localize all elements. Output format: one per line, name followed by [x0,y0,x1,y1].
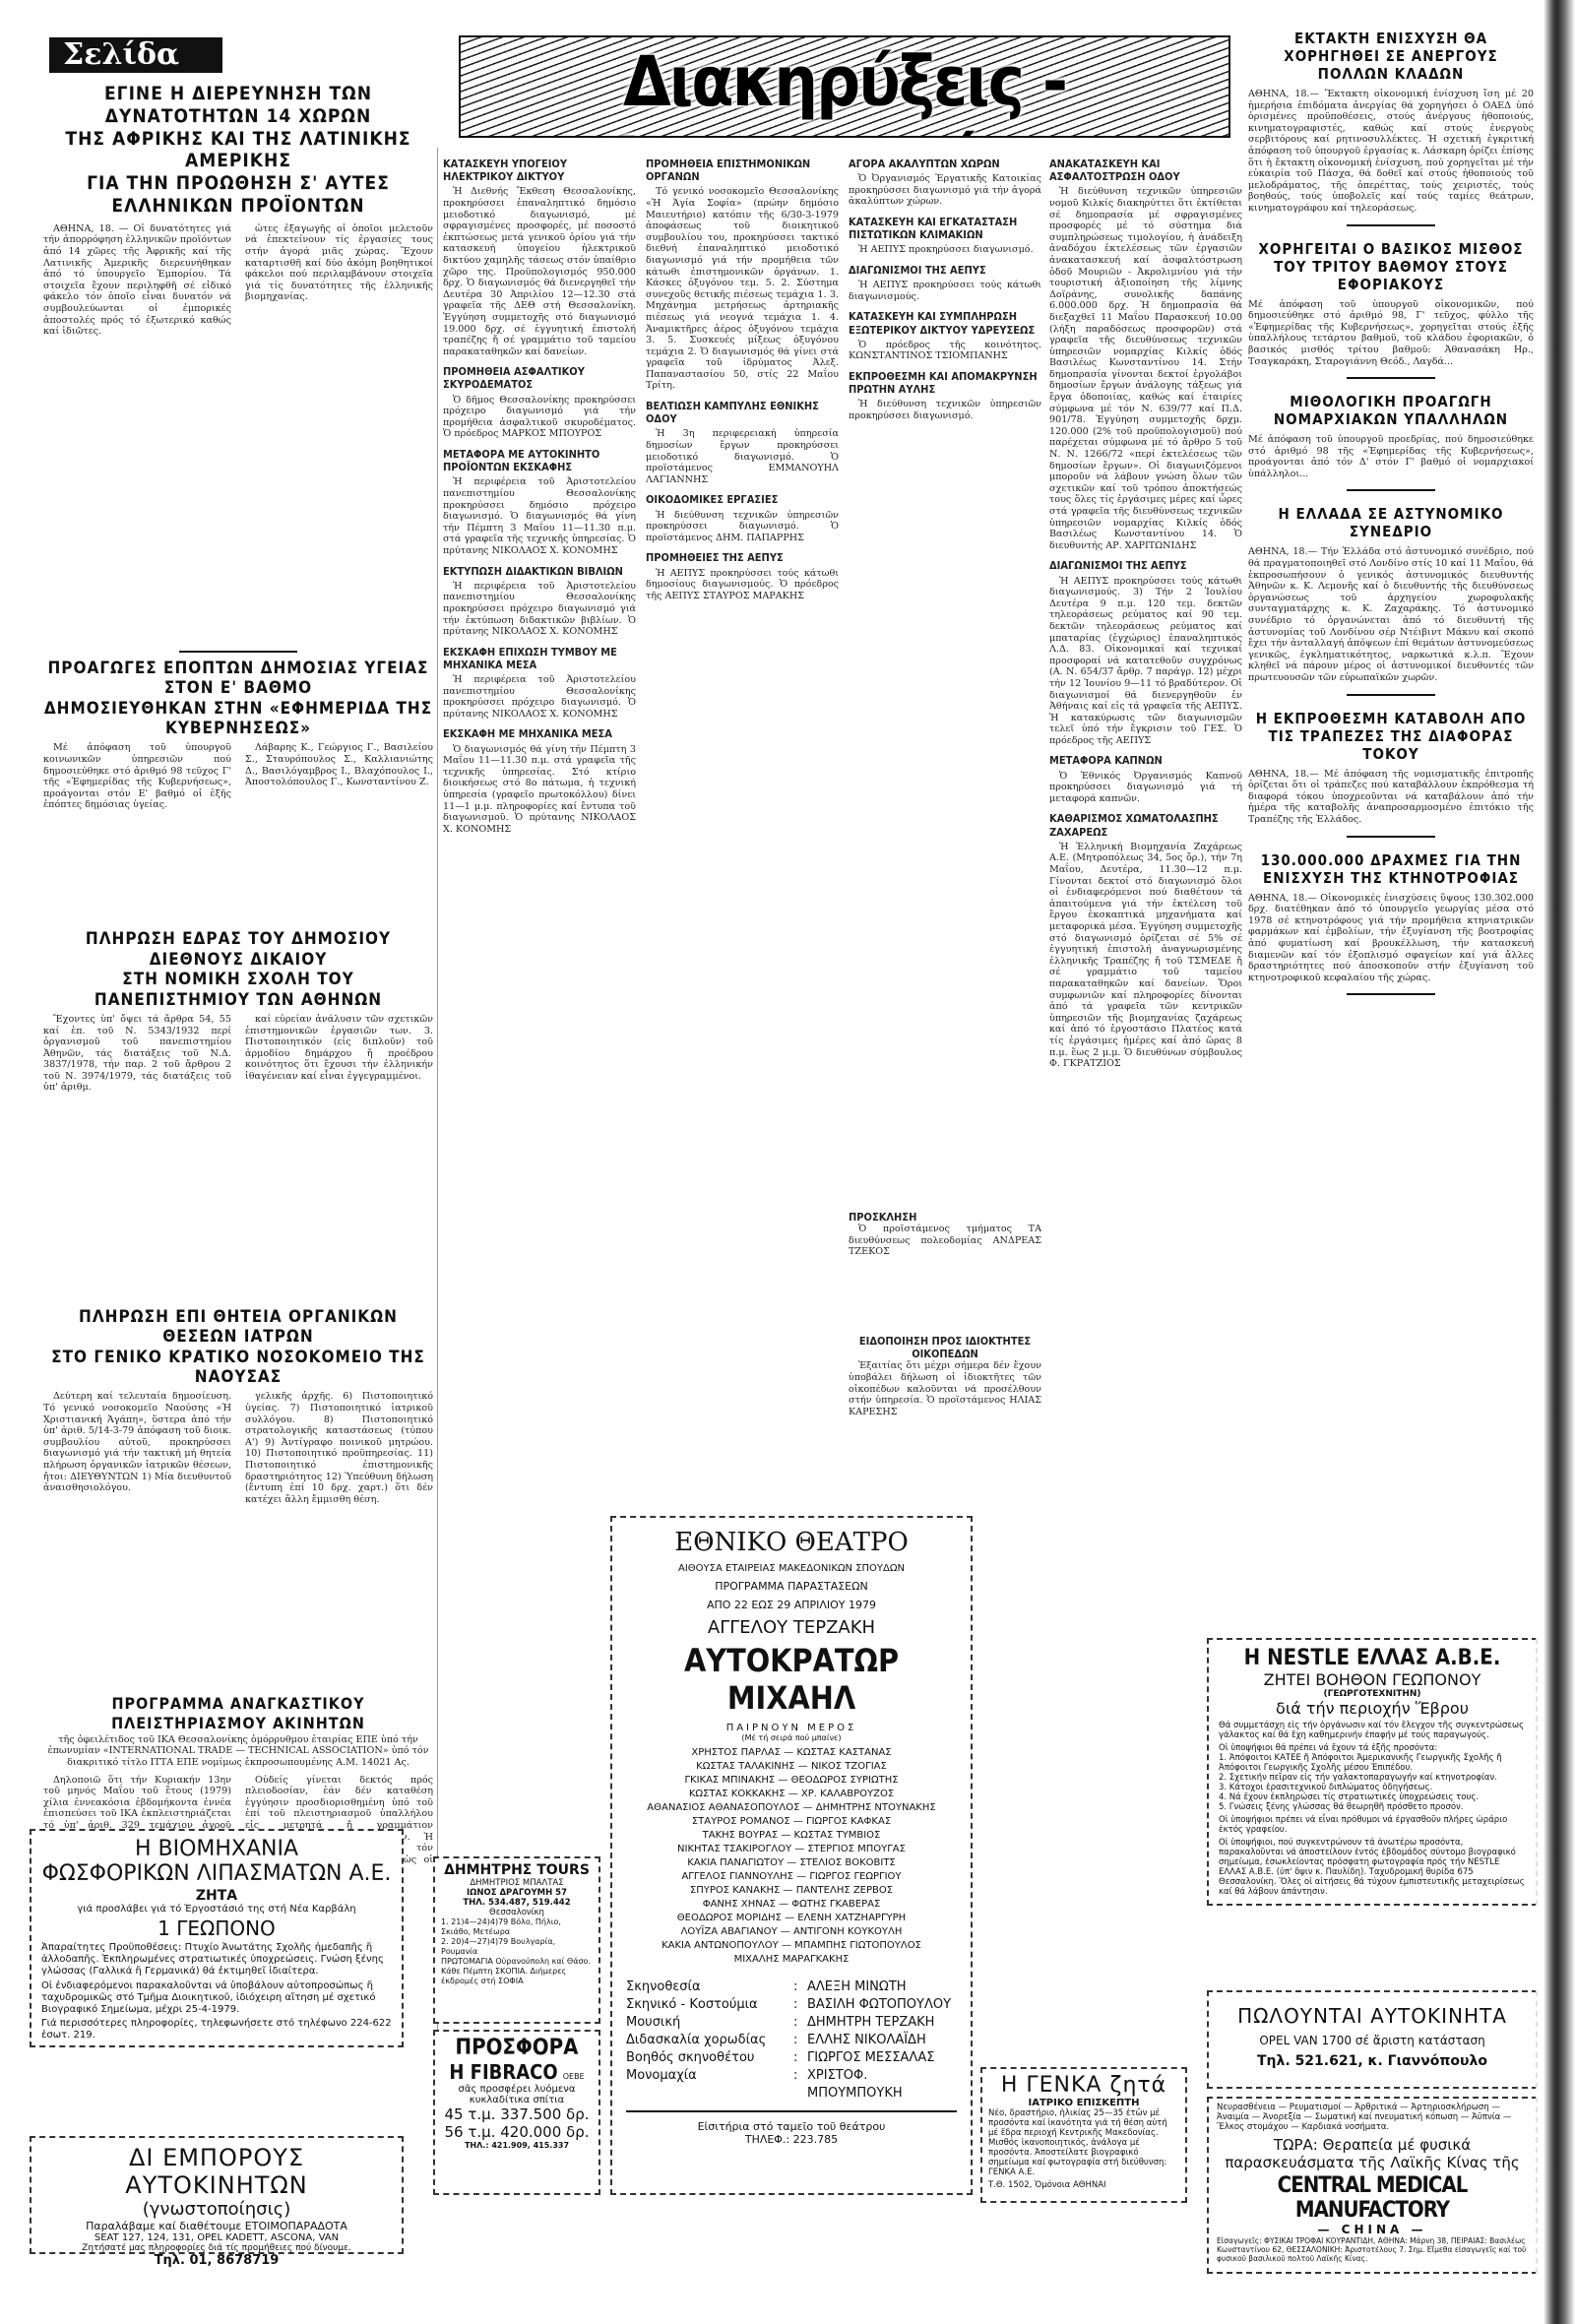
divider [1347,489,1435,491]
tender-notice: ΠΡΟΜΗΘΕΙΑ ΕΠΙΣΤΗΜΟΝΙΚΩΝ ΟΡΓΑΝΩΝΤό γενικό… [646,157,839,392]
headline-line: ΓΙΑ ΤΗΝ ΠΡΟΩΘΗΣΗ Σ' ΑΥΤΕΣ ΕΛΛΗΝΙΚΩΝ ΠΡΟΪ… [43,172,433,218]
tender-heading: ΕΚΠΡΟΘΕΣΜΗ ΚΑΙ ΑΠΟΜΑΚΡΥΝΣΗ ΠΡΩΤΗΝ ΑΥΛΗΣ [849,370,1041,396]
cast-member: ΘΕΟΔΩΡΟΣ ΜΟΡΙΔΗΣ — ΕΛΕΝΗ ΧΑΤΖΗΑΡΓΥΡΗ [626,1912,957,1925]
tender-notice: ΚΑΤΑΣΚΕΥΗ ΚΑΙ ΣΥΜΠΛΗΡΩΣΗ ΕΞΩΤΕΡΙΚΟΥ ΔΙΚΤ… [849,310,1041,362]
credit-separator: : [793,2067,807,2103]
cast-member: ΚΩΣΤΑΣ ΚΟΚΚΑΚΗΣ — ΧΡ. ΚΑΛΑΒΡΟΥΖΟΣ [626,1788,957,1801]
divider [1347,993,1435,995]
ad-position: 1 ΓΕΩΠΟΝΟ [41,1916,392,1940]
requirement-item: 5. Γνώσεις ξένης γλώσσας θά θεωρηθῆ πρόσ… [1219,1802,1526,1812]
ad-text: σᾶς προσφέρει λυόμενα [441,2084,593,2095]
ad-title: ΠΩΛΟΥΝΤΑΙ ΑΥΤΟΚΙΝΗΤΑ [1219,2004,1526,2028]
tender-text: Ἡ 3η περιφερειακή ὑπηρεσία δημοσίων ἔργω… [646,428,839,485]
right-article: Η ΕΛΛΑΔΑ ΣΕ ΑΣΤΥΝΟΜΙΚΟ ΣΥΝΕΔΡΙΟΑΘΗΝΑ, 18… [1248,505,1534,695]
right-article: Η ΕΚΠΡΟΘΕΣΜΗ ΚΑΤΑΒΟΛΗ ΑΠΟ ΤΙΣ ΤΡΑΠΕΖΕΣ Τ… [1248,710,1534,838]
tender-text: Ὁ πρόεδρος τῆς κοινότητος. ΚΩΝΣΤΑΝΤΙΝΟΣ … [849,340,1041,362]
ad-phone: Τηλ. 01, 8678719 [41,2253,392,2268]
ad-footer: Εἰσαγωγεῖς: ΦΥΣΙΚΑΙ ΤΡΟΦΑΙ ΚΟΥΡΑΝΤΙΔΗ, Α… [1217,2236,1528,2263]
cast-member: ΑΓΓΕΛΟΣ ΓΙΑΝΝΟΥΛΗΣ — ΓΙΩΡΓΟΣ ΓΕΩΡΓΙΟΥ [626,1870,957,1884]
cast-member: ΚΩΣΤΑΣ ΤΑΛΑΚΙΝΗΣ — ΝΙΚΟΣ ΤΖΟΓΙΑΣ [626,1760,957,1774]
tender-notice: ΕΚΤΥΠΩΣΗ ΔΙΔΑΚΤΙΚΩΝ ΒΙΒΛΙΩΝἩ περιφέρεια … [443,565,636,638]
cast-member: ΣΤΑΥΡΟΣ ΡΟΜΑΝΟΣ — ΓΙΩΡΓΟΣ ΚΑΦΚΑΣ [626,1815,957,1829]
article-body: Ἔχοντες ὑπ' ὄψει τά ἄρθρα 54, 55 καί ἑπ.… [43,1014,433,1299]
tender-heading: ΕΚΣΚΑΦΗ ΕΠΙΧΩΣΗ ΤΥΜΒΟΥ ΜΕ ΜΗΧΑΝΙΚΑ ΜΕΣΑ [443,646,636,671]
article-text: ΑΘΗΝΑ, 18.— Τήν Ἑλλάδα στό ἀστυνομικό συ… [1248,546,1534,683]
article-body: Μέ ἀπόφαση τοῦ ὑπουργοῦ κοινωνικῶν ὑπηρε… [43,742,433,921]
article-lead: τῆς ὀφειλέτιδος τοῦ ΙΚΑ Θεσσαλονίκης ὁμό… [43,1734,433,1769]
article-headline: ΠΡΟΓΡΑΜΜΑ ΑΝΑΓΚΑΣΤΙΚΟΥ ΠΛΕΙΣΤΗΡΙΑΣΜΟΥ ΑΚ… [43,1694,433,1731]
ad-requirements: Ἀπαραίτητες Προϋποθέσεις: Πτυχίο Ἀνωτάτη… [41,1942,392,1978]
article-text: Ἔχοντες ὑπ' ὄψει τά ἄρθρα 54, 55 καί ἑπ.… [43,1014,231,1297]
article-headline: ΧΟΡΗΓΕΙΤΑΙ Ο ΒΑΣΙΚΟΣ ΜΙΣΘΟΣ ΤΟΥ ΤΡΙΤΟΥ Β… [1248,240,1534,293]
article-text: Μέ ἀπόφαση τοῦ ὑπουργοῦ οἰκονομικῶν, πού… [1248,299,1534,368]
tender-notice: ΠΡΟΜΗΘΕΙΕΣ ΤΗΣ ΑΕΠΥΣἩ ΑΕΠΥΣ προκηρύσσει … [646,551,839,601]
ad-note: Οἱ ὑποψήφιοι πρέπει νά εἶναι πρόθυμοι νά… [1219,1815,1526,1835]
tender-notice: ΔΙΑΓΩΝΙΣΜΟΙ ΤΗΣ ΑΕΠΥΣἩ ΑΕΠΥΣ προκηρύσσει… [1049,559,1242,746]
headline-line: ΠΛΗΡΩΣΗ ΕΔΡΑΣ ΤΟΥ ΔΗΜΟΣΙΟΥ ΔΙΕΘΝΟΥΣ ΔΙΚΑ… [43,929,433,970]
ad-phone: Γιά περισσότερες πληροφορίες, τηλεφωνήσε… [41,2018,392,2041]
tender-text: Ὁ δῆμος Θεσσαλονίκης προκηρύσσει πρόχειρ… [443,395,636,440]
credit-role: Σκηνοθεσία [626,1979,793,1996]
article-headline: ΕΚΤΑΚΤΗ ΕΝΙΣΧΥΣΗ ΘΑ ΧΟΡΗΓΗΘΕΙ ΣΕ ΑΝΕΡΓΟΥ… [1248,30,1534,83]
cast-member: ΑΘΑΝΑΣΙΟΣ ΑΘΑΝΑΣΟΠΟΥΛΟΣ — ΔΗΜΗΤΡΗΣ ΝΤΟΥΝ… [626,1801,957,1815]
tender-text: Τό γενικό νοσοκομεῖο Θεσσαλονίκης «Ἡ Ἁγί… [646,186,839,392]
ad-requirements: 1. Ἀπόφοιτοι ΚΑΤΕΕ ἤ Ἀπόφοιτοι Ἀμερικανι… [1219,1753,1526,1812]
divider [1347,694,1435,696]
tender-notice: ΜΕΤΑΦΟΡΑ ΚΑΠΝΩΝὉ Ἐθνικός Ὀργανισμός Καπν… [1049,754,1242,804]
article-text: Μέ ἀπόφαση τοῦ ὑπουργοῦ κοινωνικῶν ὑπηρε… [43,742,231,919]
ad-cars-for-sale: ΠΩΛΟΥΝΤΑΙ ΑΥΤΟΚΙΝΗΤΑ OPEL VAN 1700 σέ ἄρ… [1207,1990,1538,2089]
cast-member: ΤΑΚΗΣ ΒΟΥΡΑΣ — ΚΩΣΤΑΣ ΤΥΜΒΙΟΣ [626,1829,957,1843]
tender-heading: ΑΓΟΡΑ ΑΚΑΛΥΠΤΩΝ ΧΩΡΩΝ [849,157,1041,170]
ad-central-medical-manufactory: Νευρασθένεια — Ρευματισμοί — Ἀρθριτικά —… [1207,2097,1538,2274]
ad-title: Η ΒΙΟΜΗΧΑΝΙΑ [41,1837,392,1861]
ad-country: — CHINA — [1217,2223,1528,2236]
ad-position: ΙΑΤΡΙΚΟ ΕΠΙΣΚΕΠΤΗ [988,2098,1179,2108]
trip-item: 1. 21)4—24)4)79 Βόλο, Πήλιο, Σκιάθο, Μετ… [441,1917,593,1937]
cast-member: ΛΟΥΪΖΑ ΑΒΑΓΙΑΝΟΥ — ΑΝΤΙΓΟΝΗ ΚΟΥΚΟΥΛΗ [626,1925,957,1939]
tenders-column-a: ΚΑΤΑΣΚΕΥΗ ΥΠΟΓΕΙΟΥ ΗΛΕΚΤΡΙΚΟΥ ΔΙΚΤΥΟΥἩ Δ… [443,157,636,1526]
credit-role: Μονομαχία [626,2067,793,2103]
column-divider [437,148,438,2047]
ad-title: ΠΡΟΣΦΟΡΑ [441,2036,593,2060]
notice-property-owners: ΕΙΔΟΠΟΙΗΣΗ ΠΡΟΣ ΙΔΙΟΚΤΗΤΕΣ ΟΙΚΟΠΕΔΩΝ Ἐξα… [849,1335,1041,1453]
divider [626,2110,957,2112]
article-text: ὦτες ἐξαγωγῆς οἱ ὁποῖοι μελετοῦν νά ἐπεκ… [245,223,433,643]
tender-notice: ΕΚΣΚΑΦΗ ΜΕ ΜΗΧΑΝΙΚΑ ΜΕΣΑὉ διαγωνισμός θά… [443,727,636,835]
tender-text: Ἡ διεύθυνση τεχνικῶν ὑπηρεσιῶν νομοῦ Κιλ… [1049,186,1242,551]
ad-author: ΑΓΓΕΛΟΥ ΤΕΡΖΑΚΗ [626,1617,957,1638]
ad-brand-suffix: ΟΕΒΕ [563,2072,585,2081]
ad-cast-heading: ΠΑΙΡΝΟΥΝ ΜΕΡΟΣ [626,1723,957,1733]
credit-role: Βοηθός σκηνοθέτου [626,2049,793,2067]
ad-note: Οἱ ὑποψήφιοι, πού συγκεντρώνουν τά ἀνωτέ… [1219,1838,1526,1897]
article-text: Δεύτερη καί τελευταία δημοσίευση. Τό γεν… [43,1391,231,1684]
tender-text: Ἡ ΑΕΠΥΣ προκηρύσσει τούς κάτωθι διαγωνισ… [849,280,1041,302]
cast-member: ΧΡΗΣΤΟΣ ΠΑΡΛΑΣ — ΚΩΣΤΑΣ ΚΑΣΤΑΝΑΣ [626,1746,957,1760]
ad-owner: ΔΗΜΗΤΡΙΟΣ ΜΠΑΛΤΑΣ [441,1878,593,1888]
tenders-column-d: ΑΝΑΚΑΤΑΣΚΕΥΗ ΚΑΙ ΑΣΦΑΛΤΟΣΤΡΩΣΗ ΟΔΟΥἩ διε… [1049,157,1242,1476]
credit-role: Σκηνικό - Κοστούμια [626,1996,793,2014]
ad-phone: ΤΗΛ.: 421.909, 415.337 [441,2141,593,2150]
ad-conditions: Νευρασθένεια — Ρευματισμοί — Ἀρθριτικά —… [1217,2103,1528,2132]
divider [1347,224,1435,226]
credit-separator: : [793,1996,807,2014]
ad-cast-list: ΧΡΗΣΤΟΣ ΠΑΡΛΑΣ — ΚΩΣΤΑΣ ΚΑΣΤΑΝΑΣΚΩΣΤΑΣ Τ… [626,1746,957,1967]
ad-text: Νέο, δραστήριο, ἡλικίας 25—35 ἐτῶν μέ πρ… [988,2108,1179,2177]
article-text: ΑΘΗΝΑ, 18.— Ἔκτακτη οἰκονομική ἐνίσχυση … [1248,89,1534,215]
tender-heading: ΚΑΤΑΣΚΕΥΗ ΚΑΙ ΕΓΚΑΤΑΣΤΑΣΗ ΠΙΣΤΩΤΙΚΩΝ ΚΛΙ… [849,216,1041,241]
tender-heading: ΔΙΑΓΩΝΙΣΜΟΙ ΤΗΣ ΑΕΠΥΣ [1049,559,1242,572]
ad-national-theatre: ΕΘΝΙΚΟ ΘΕΑΤΡΟ ΑΙΘΟΥΣΑ ΕΤΑΙΡΕΙΑΣ ΜΑΚΕΔΟΝΙ… [610,1516,973,2195]
ad-text: γιά προσλάβει γιά τό Ἐργοστάσιό της στή … [41,1904,392,1915]
tender-heading: ΚΑΤΑΣΚΕΥΗ ΚΑΙ ΣΥΜΠΛΗΡΩΣΗ ΕΞΩΤΕΡΙΚΟΥ ΔΙΚΤ… [849,310,1041,336]
tender-text: Ἡ Διεθνής Ἔκθεση Θεσσαλονίκης, προκηρύσσ… [443,186,636,357]
right-article: ΧΟΡΗΓΕΙΤΑΙ Ο ΒΑΣΙΚΟΣ ΜΙΣΘΟΣ ΤΟΥ ΤΡΙΤΟΥ Β… [1248,240,1534,380]
article-headline: ΜΙΘΟΛΟΓΙΚΗ ΠΡΟΑΓΩΓΗ ΝΟΜΑΡΧΙΑΚΩΝ ΥΠΑΛΛΗΛΩ… [1248,393,1534,428]
ad-text: Ζητήσατέ μας πληροφορίες διά τίς προμήθε… [41,2243,392,2253]
credit-separator: : [793,1979,807,1996]
article-text: ΑΘΗΝΑ, 18. — Οἱ δυνατότητες γιά τήν ἀπορ… [43,223,231,643]
article-body: Δεύτερη καί τελευταία δημοσίευση. Τό γεν… [43,1391,433,1686]
article-headline: ΠΛΗΡΩΣΗ ΕΠΙ ΘΗΤΕΙΑ ΟΡΓΑΝΙΚΩΝ ΘΕΣΕΩΝ ΙΑΤΡ… [43,1307,433,1388]
credit-name: ΔΗΜΗΤΡΗ ΤΕΡΖΑΚΗ [807,2014,957,2032]
tender-text: Ἡ ΑΕΠΥΣ προκηρύσσει τούς κάτωθι δημοσίου… [646,568,839,602]
tender-heading: ΕΚΤΥΠΩΣΗ ΔΙΔΑΚΤΙΚΩΝ ΒΙΒΛΙΩΝ [443,565,636,578]
ad-offer: 56 τ.μ. 420.000 δρ. [441,2123,593,2141]
tender-text: Ὁ Ὀργανισμός Ἐργατικῆς Κατοικίας προκηρύ… [849,173,1041,208]
ad-req-heading: Οἱ ὑποψήφιοι θά πρέπει νά ἔχουν τά ἑξῆς … [1219,1743,1526,1753]
ad-role: (ΓΕΩΡΓΟΤΕΧΝΙΤΗΝ) [1219,1689,1526,1699]
ad-title: ΦΩΣΦΟΡΙΚΩΝ ΛΙΠΑΣΜΑΤΩΝ Α.Ε. [41,1861,392,1886]
headline-line: ΣΤΗ ΝΟΜΙΚΗ ΣΧΟΛΗ ΤΟΥ ΠΑΝΕΠΙΣΤΗΜΙΟΥ ΤΩΝ Α… [43,970,433,1010]
tender-heading: ΠΡΟΜΗΘΕΙΕΣ ΤΗΣ ΑΕΠΥΣ [646,551,839,564]
section-banner: Διακηρύξεις - Δημοπρασίες - Προμήθειες [459,35,1230,138]
divider [1347,836,1435,838]
ad-trips: 1. 21)4—24)4)79 Βόλο, Πήλιο, Σκιάθο, Μετ… [441,1917,593,1986]
left-news-column: ΕΓΙΝΕ Η ΔΙΕΡΕΥΝΗΣΗ ΤΩΝ ΔΥΝΑΤΟΤΗΤΩΝ 14 ΧΩ… [43,83,433,1952]
ad-city: Θεσσαλονίκη [441,1908,593,1917]
cast-member: ΣΠΥΡΟΣ ΚΑΝΑΚΗΣ — ΠΑΝΤΕΛΗΣ ΖΕΡΒΟΣ [626,1884,957,1898]
ad-phone: ΤΗΛΕΦ.: 223.785 [626,2133,957,2146]
ad-headline: ΤΩΡΑ: Θεραπεία μέ φυσικά παρασκευάσματα … [1217,2136,1528,2171]
ad-text: OPEL VAN 1700 σέ ἄριστη κατάσταση [1219,2034,1526,2047]
credit-name: ΕΛΛΗΣ ΝΙΚΟΛΑΪΔΗ [807,2032,957,2049]
ad-text: κυκλαδίτικα σπίτια [441,2095,593,2105]
tender-heading: ΑΝΑΚΑΤΑΣΚΕΥΗ ΚΑΙ ΑΣΦΑΛΤΟΣΤΡΩΣΗ ΟΔΟΥ [1049,157,1242,183]
tender-notice: ΕΚΣΚΑΦΗ ΕΠΙΧΩΣΗ ΤΥΜΒΟΥ ΜΕ ΜΗΧΑΝΙΚΑ ΜΕΣΑἩ… [443,646,636,721]
trip-item: ΠΡΩΤΟΜΑΓΙΑ Οὐρανούπολη καί Θάσο. Κάθε Πέ… [441,1957,593,1986]
tender-notice: ΚΑΘΑΡΙΣΜΟΣ ΧΩΜΑΤΟΛΑΣΠΗΣ ΖΑΧΑΡΕΩΣἩ Ἑλληνι… [1049,812,1242,1069]
article-text: καί εὐρείαν ἀνάλυσιν τῶν σχετικῶν ἐπιστη… [245,1014,433,1297]
tender-heading: ΚΑΘΑΡΙΣΜΟΣ ΧΩΜΑΤΟΛΑΣΠΗΣ ΖΑΧΑΡΕΩΣ [1049,812,1242,838]
ad-phone: ΤΗΛ. 534.487, 519.442 [441,1898,593,1908]
cast-member: ΚΑΚΙΑ ΑΝΤΩΝΟΠΟΥΛΟΥ — ΜΠΑΜΠΗΣ ΓΙΩΤΟΠΟΥΛΟΣ [626,1939,957,1953]
headline-line: ΠΡΟΑΓΩΓΕΣ ΕΠΟΠΤΩΝ ΔΗΜΟΣΙΑΣ ΥΓΕΙΑΣ ΣΤΟΝ Ε… [43,659,433,699]
ad-brand: CENTRAL MEDICAL MANUFACTORY [1217,2173,1528,2223]
ad-genka: Η ΓΕΝΚΑ ζητά ΙΑΤΡΙΚΟ ΕΠΙΣΚΕΠΤΗ Νέο, δρασ… [980,2067,1187,2203]
tender-heading: ΜΕΤΑΦΟΡΑ ΚΑΠΝΩΝ [1049,754,1242,767]
article-headline: ΠΛΗΡΩΣΗ ΕΔΡΑΣ ΤΟΥ ΔΗΜΟΣΙΟΥ ΔΙΕΘΝΟΥΣ ΔΙΚΑ… [43,929,433,1010]
credit-separator: : [793,2032,807,2049]
ad-text: Παραλάβαμε καί διαθέτουμε ΕΤΟΙΜΟΠΑΡΑΔΟΤΑ [41,2220,392,2232]
tender-notice: ΜΕΤΑΦΟΡΑ ΜΕ ΑΥΤΟΚΙΝΗΤΟ ΠΡΟΪΟΝΤΩΝ ΕΚΣΚΑΦΗ… [443,448,636,557]
tender-notice: ΑΝΑΚΑΤΑΣΚΕΥΗ ΚΑΙ ΑΣΦΑΛΤΟΣΤΡΩΣΗ ΟΔΟΥἩ διε… [1049,157,1242,551]
tender-heading: ΠΡΟΣΚΛΗΣΗ [849,1211,1041,1224]
ad-program: ΠΡΟΓΡΑΜΜΑ ΠΑΡΑΣΤΑΣΕΩΝ [626,1580,957,1593]
headline-line: ΕΓΙΝΕ Η ΔΙΕΡΕΥΝΗΣΗ ΤΩΝ ΔΥΝΑΤΟΤΗΤΩΝ 14 ΧΩ… [43,83,433,128]
ad-title: Η NESTLE ΕΛΛΑΣ Α.Β.Ε. [1219,1646,1526,1670]
article-headline: Η ΕΛΛΑΔΑ ΣΕ ΑΣΤΥΝΟΜΙΚΟ ΣΥΝΕΔΡΙΟ [1248,505,1534,540]
ad-credits: Σκηνοθεσία:ΑΛΕΞΗ ΜΙΝΩΤΗΣκηνικό - Κοστούμ… [626,1979,957,2103]
right-article: ΜΙΘΟΛΟΓΙΚΗ ΠΡΟΑΓΩΓΗ ΝΟΜΑΡΧΙΑΚΩΝ ΥΠΑΛΛΗΛΩ… [1248,393,1534,491]
tender-notice: ΕΚΠΡΟΘΕΣΜΗ ΚΑΙ ΑΠΟΜΑΚΡΥΝΣΗ ΠΡΩΤΗΝ ΑΥΛΗΣἩ… [849,370,1041,422]
ad-fibraco: ΠΡΟΣΦΟΡΑ Η FIBRACO ΟΕΒΕ σᾶς προσφέρει λυ… [433,2030,600,2195]
tenders-column-c: ΑΓΟΡΑ ΑΚΑΛΥΠΤΩΝ ΧΩΡΩΝὉ Ὀργανισμός Ἐργατι… [849,157,1041,1201]
credit-name: ΧΡΙΣΤΟΦ. ΜΠΟΥΜΠΟΥΚΗ [807,2067,957,2103]
ad-brand: Η FIBRACO [449,2060,557,2084]
ad-title: Η ΓΕΝΚΑ ζητά [988,2073,1179,2098]
ad-region: διά τήν περιοχήν Ἕβρου [1219,1699,1526,1718]
headline-line: ΠΛΗΡΩΣΗ ΕΠΙ ΘΗΤΕΙΑ ΟΡΓΑΝΙΚΩΝ ΘΕΣΕΩΝ ΙΑΤΡ… [43,1307,433,1348]
tender-heading: ΕΚΣΚΑΦΗ ΜΕ ΜΗΧΑΝΙΚΑ ΜΕΣΑ [443,727,636,740]
article-headline: 130.000.000 ΔΡΑΧΜΕΣ ΓΙΑ ΤΗΝ ΕΝΙΣΧΥΣΗ ΤΗΣ… [1248,851,1534,887]
tender-heading: ΠΡΟΜΗΘΕΙΑ ΑΣΦΑΛΤΙΚΟΥ ΣΚΥΡΟΔΕΜΑΤΟΣ [443,365,636,391]
headline-line: ΣΤΟ ΓΕΝΙΚΟ ΚΡΑΤΙΚΟ ΝΟΣΟΚΟΜΕΙΟ ΤΗΣ ΝΑΟΥΣΑ… [43,1348,433,1388]
ad-apply-text: Οἱ ἐνδιαφερόμενοι παρακαλοῦνται νά ὑποβά… [41,1980,392,2016]
tender-heading: ΜΕΤΑΦΟΡΑ ΜΕ ΑΥΤΟΚΙΝΗΤΟ ΠΡΟΪΟΝΤΩΝ ΕΚΣΚΑΦΗ… [443,448,636,473]
right-news-column: ΕΚΤΑΚΤΗ ΕΝΙΣΧΥΣΗ ΘΑ ΧΟΡΗΓΗΘΕΙ ΣΕ ΑΝΕΡΓΟΥ… [1248,30,1534,1427]
credit-separator: : [793,2049,807,2067]
article-headline: ΠΡΟΑΓΩΓΕΣ ΕΠΟΠΤΩΝ ΔΗΜΟΣΙΑΣ ΥΓΕΙΑΣ ΣΤΟΝ Ε… [43,659,433,739]
credit-name: ΓΙΩΡΓΟΣ ΜΕΣΣΑΛΑΣ [807,2049,957,2067]
tender-text: Ἡ περιφέρεια τοῦ Ἀριστοτελείου πανεπιστη… [443,476,636,556]
requirement-item: 1. Ἀπόφοιτοι ΚΑΤΕΕ ἤ Ἀπόφοιτοι Ἀμερικανι… [1219,1753,1526,1773]
tender-notice: ΟΙΚΟΔΟΜΙΚΕΣ ΕΡΓΑΣΙΕΣἩ διεύθυνση τεχνικῶν… [646,493,839,543]
notice-prosklisi: ΠΡΟΣΚΛΗΣΗ Ὁ προϊστάμενος τμήματος ΤΑ διε… [849,1211,1041,1329]
right-article: ΕΚΤΑΚΤΗ ΕΝΙΣΧΥΣΗ ΘΑ ΧΟΡΗΓΗΘΕΙ ΣΕ ΑΝΕΡΓΟΥ… [1248,30,1534,226]
tender-text: Ὁ Ἐθνικός Ὀργανισμός Καπνοῦ προκηρύσσει … [1049,771,1242,805]
ad-seeks: ΖΗΤΕΙ ΒΟΗΘΟΝ ΓΕΩΠΟΝΟΥ [1219,1670,1526,1689]
ad-cast-note: (Μέ τή σειρά πού μπαίνε) [626,1733,957,1742]
right-article: 130.000.000 ΔΡΑΧΜΕΣ ΓΙΑ ΤΗΝ ΕΝΙΣΧΥΣΗ ΤΗΣ… [1248,851,1534,996]
tender-text: Ἡ Ἑλληνική Βιομηχανία Ζαχάρεως Α.Ε. (Μητ… [1049,842,1242,1070]
credit-name: ΑΛΕΞΗ ΜΙΝΩΤΗ [807,1979,957,1996]
cast-member: ΝΙΚΗΤΑΣ ΤΣΑΚΙΡΟΓΛΟΥ — ΣΤΕΡΓΙΟΣ ΜΠΟΥΓΑΣ [626,1843,957,1856]
ad-dates: ΑΠΟ 22 ΕΩΣ 29 ΑΠΡΙΛΙΟΥ 1979 [626,1599,957,1611]
divider [179,651,297,653]
tender-heading: ΠΡΟΜΗΘΕΙΑ ΕΠΙΣΤΗΜΟΝΙΚΩΝ ΟΡΓΑΝΩΝ [646,157,839,183]
article-headline: ΕΓΙΝΕ Η ΔΙΕΡΕΥΝΗΣΗ ΤΩΝ ΔΥΝΑΤΟΤΗΤΩΝ 14 ΧΩ… [43,83,433,218]
article-text: Μέ ἀπόφαση τοῦ ὑπουργοῦ προεδρίας, πού δ… [1248,434,1534,479]
requirement-item: 3. Κάτοχοι ἐρασιτεχνικοῦ διπλώματος ὁδηγ… [1219,1783,1526,1792]
credit-role: Μουσική [626,2014,793,2032]
ad-title: ΔΙ ΕΜΠΟΡΟΥΣ ΑΥΤΟΚΙΝΗΤΩΝ [41,2144,392,2199]
tender-notice: ΚΑΤΑΣΚΕΥΗ ΥΠΟΓΕΙΟΥ ΗΛΕΚΤΡΙΚΟΥ ΔΙΚΤΥΟΥἩ Δ… [443,157,636,357]
tender-text: Ἡ περιφέρεια τοῦ Ἀριστοτελείου πανεπιστη… [443,674,636,720]
ad-subtitle: (γνωστοποίησις) [41,2199,392,2220]
tender-text: Ἡ ΑΕΠΥΣ προκηρύσσει διαγωνισμό. [849,244,1041,256]
tender-heading: ΚΑΤΑΣΚΕΥΗ ΥΠΟΓΕΙΟΥ ΗΛΕΚΤΡΙΚΟΥ ΔΙΚΤΥΟΥ [443,157,636,183]
ad-seeks: ΖΗΤΑ [41,1888,392,1904]
credit-separator: : [793,2014,807,2032]
tender-heading: ΔΙΑΓΩΝΙΣΜΟΙ ΤΗΣ ΑΕΠΥΣ [849,264,1041,277]
article-text: Λάβαρης Κ., Γεώργιος Γ., Βασιλείου Σ., Σ… [245,742,433,919]
ad-play-title: ΑΥΤΟΚΡΑΤΩΡ ΜΙΧΑΗΛ [626,1642,957,1717]
divider [1347,377,1435,379]
page-fold-shadow [1536,0,1575,2324]
cast-member: ΚΑΚΙΑ ΠΑΝΑΓΙΩΤΟΥ — ΣΤΕΛΙΟΣ ΒΟΚΟΒΙΤΣ [626,1856,957,1870]
tender-notice: ΑΓΟΡΑ ΑΚΑΛΥΠΤΩΝ ΧΩΡΩΝὉ Ὀργανισμός Ἐργατι… [849,157,1041,208]
ad-nestle: Η NESTLE ΕΛΛΑΣ Α.Β.Ε. ΖΗΤΕΙ ΒΟΗΘΟΝ ΓΕΩΠΟ… [1207,1638,1538,1906]
ad-address: ΙΩΝΟΣ ΔΡΑΓΟΥΜΗ 57 [441,1888,593,1898]
tender-text: Ἡ περιφέρεια τοῦ Ἀριστοτελείου πανεπιστη… [443,581,636,638]
tender-text: Ἐξαιτίας ὅτι μέχρι σήμερα δέν ἔχουν ὑποβ… [849,1360,1041,1417]
requirement-item: 4. Νά ἔχουν ἐκπληρώσει τίς στρατιωτικές … [1219,1792,1526,1802]
section-banner-title: Διακηρύξεις - Δημοπρασίες - Προμήθειες [461,41,1228,138]
tender-heading: ΕΙΔΟΠΟΙΗΣΗ ΠΡΟΣ ΙΔΙΟΚΤΗΤΕΣ ΟΙΚΟΠΕΔΩΝ [849,1335,1041,1360]
tenders-column-b: ΠΡΟΜΗΘΕΙΑ ΕΠΙΣΤΗΜΟΝΙΚΩΝ ΟΡΓΑΝΩΝΤό γενικό… [646,157,839,1201]
tender-heading: ΟΙΚΟΔΟΜΙΚΕΣ ΕΡΓΑΣΙΕΣ [646,493,839,506]
article-text: ΑΘΗΝΑ, 18.— Μέ ἀπόφαση τῆς νομισματικῆς … [1248,769,1534,826]
ad-tickets: Εἰσιτήρια στό ταμεῖο τοῦ θεάτρου [626,2120,957,2133]
requirement-item: 2. Σχετικήν πεῖραν εἰς τήν γαλακτοπαραγω… [1219,1773,1526,1783]
ad-phone: Τηλ. 521.621, κ. Γιαννόπουλο [1219,2053,1526,2069]
ad-address: Τ.Θ. 1502, Ὁμόνοια ΑΘΗΝΑΙ [988,2179,1179,2191]
ad-models: SEAT 127, 124, 131, OPEL KADETT, ASCONA,… [41,2232,392,2243]
ad-offer: 45 τ.μ. 337.500 δρ. [441,2105,593,2123]
cast-member: ΜΙΧΑΛΗΣ ΜΑΡΑΓΚΑΚΗΣ [626,1953,957,1967]
article-text: γελικῆς ἀρχῆς. 6) Πιστοποιητικό ὑγείας. … [245,1391,433,1684]
cast-member: ΓΚΙΚΑΣ ΜΠΙΝΑΚΗΣ — ΘΕΟΔΩΡΟΣ ΣΥΡΙΩΤΗΣ [626,1774,957,1788]
trip-item: 2. 20)4—27)4)79 Βουλγαρία, Ρουμανία [441,1937,593,1957]
credit-role: Διδασκαλία χορωδίας [626,2032,793,2049]
tender-notice: ΚΑΤΑΣΚΕΥΗ ΚΑΙ ΕΓΚΑΤΑΣΤΑΣΗ ΠΙΣΤΩΤΙΚΩΝ ΚΛΙ… [849,216,1041,256]
article-text: ΑΘΗΝΑ, 18.— Οἰκονομικές ἐνισχύσεις ὕψους… [1248,893,1534,984]
tender-text: Ἡ διεύθυνση τεχνικῶν ὑπηρεσιῶν προκηρύσσ… [849,399,1041,421]
headline-line: ΔΗΜΟΣΙΕΥΘΗΚΑΝ ΣΤΗΝ «ΕΦΗΜΕΡΙΔΑ ΤΗΣ ΚΥΒΕΡΝ… [43,699,433,739]
page-number-badge: Σελίδα 10 [49,37,222,73]
headline-line: ΤΗΣ ΑΦΡΙΚΗΣ ΚΑΙ ΤΗΣ ΛΑΤΙΝΙΚΗΣ ΑΜΕΡΙΚΗΣ [43,128,433,173]
tender-text: Ἡ διεύθυνση τεχνικῶν ὑπηρεσιῶν προκηρύσσ… [646,510,839,544]
tender-text: Ὁ διαγωνισμός θά γίνη τήν Πέμπτη 3 Μαΐου… [443,744,636,836]
tender-notice: ΠΡΟΜΗΘΕΙΑ ΑΣΦΑΛΤΙΚΟΥ ΣΚΥΡΟΔΕΜΑΤΟΣὉ δῆμος… [443,365,636,440]
cast-member: ΦΑΝΗΣ ΧΗΝΑΣ — ΦΩΤΗΣ ΓΚΑΒΕΡΑΣ [626,1898,957,1912]
tender-heading: ΒΕΛΤΙΩΣΗ ΚΑΜΠΥΛΗΣ ΕΘΝΙΚΗΣ ΟΔΟΥ [646,400,839,425]
article-headline: Η ΕΚΠΡΟΘΕΣΜΗ ΚΑΤΑΒΟΛΗ ΑΠΟ ΤΙΣ ΤΡΑΠΕΖΕΣ Τ… [1248,710,1534,763]
article-body: ΑΘΗΝΑ, 18. — Οἱ δυνατότητες γιά τήν ἀπορ… [43,223,433,645]
ad-title: ΕΘΝΙΚΟ ΘΕΑΤΡΟ [626,1528,957,1557]
ad-fertilizer-company: Η ΒΙΟΜΗΧΑΝΙΑ ΦΩΣΦΟΡΙΚΩΝ ΛΙΠΑΣΜΑΤΩΝ Α.Ε. … [30,1829,404,2047]
credit-name: ΒΑΣΙΛΗ ΦΩΤΟΠΟΥΛΟΥ [807,1996,957,2014]
ad-dimitris-tours: ΔΗΜΗΤΡΗΣ TOURS ΔΗΜΗΤΡΙΟΣ ΜΠΑΛΤΑΣ ΙΩΝΟΣ Δ… [433,1856,600,2024]
tender-text: Ἡ ΑΕΠΥΣ προκηρύσσει τούς κάτωθι διαγωνισ… [1049,576,1242,747]
ad-venue: ΑΙΘΟΥΣΑ ΕΤΑΙΡΕΙΑΣ ΜΑΚΕΔΟΝΙΚΩΝ ΣΠΟΥΔΩΝ [626,1563,957,1574]
ad-car-dealers: ΔΙ ΕΜΠΟΡΟΥΣ ΑΥΤΟΚΙΝΗΤΩΝ (γνωστοποίησις) … [30,2136,404,2254]
ad-title: ΔΗΜΗΤΡΗΣ TOURS [441,1862,593,1878]
ad-intro: Θά συμμετάσχη εἰς τήν ὀργάνωσιν καί τόν … [1219,1721,1526,1740]
tender-notice: ΒΕΛΤΙΩΣΗ ΚΑΜΠΥΛΗΣ ΕΘΝΙΚΗΣ ΟΔΟΥἩ 3η περιφ… [646,400,839,485]
tender-notice: ΔΙΑΓΩΝΙΣΜΟΙ ΤΗΣ ΑΕΠΥΣἩ ΑΕΠΥΣ προκηρύσσει… [849,264,1041,302]
tender-text: Ὁ προϊστάμενος τμήματος ΤΑ διευθύνσεως π… [849,1224,1041,1258]
